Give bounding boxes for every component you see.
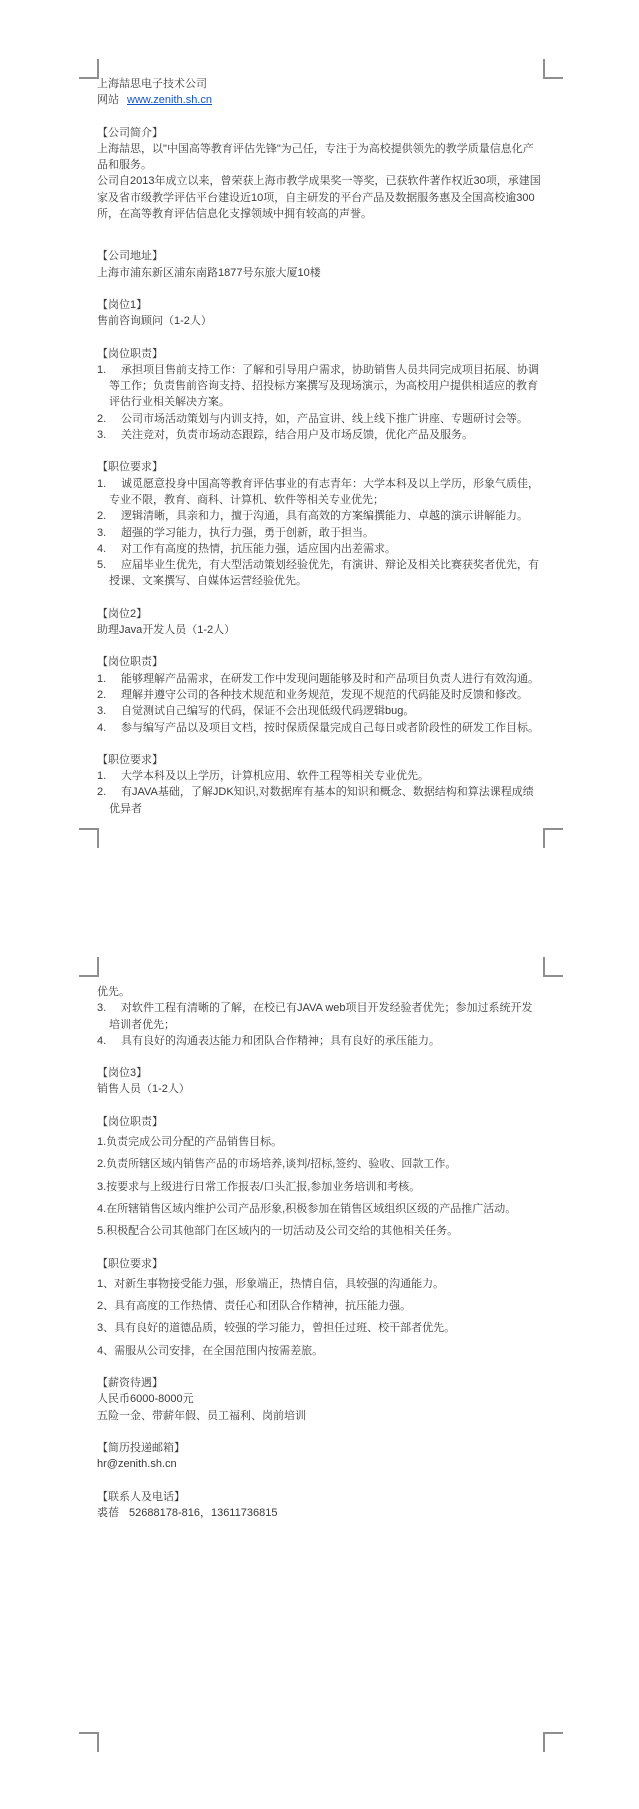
page2-bottom-right-crop-mark [543, 1732, 563, 1752]
list-item: 2.公司市场活动策划与内训支持，如，产品宣讲、线上线下推广讲座、专题研讨会等。 [97, 411, 543, 427]
list-item: 3.关注竞对，负责市场动态跟踪，结合用户及市场反馈，优化产品及服务。 [97, 427, 543, 443]
list-item: 4、需服从公司安排，在全国范围内按需差旅。 [97, 1343, 543, 1359]
salary-range: 人民币6000-8000元 [97, 1391, 543, 1407]
list-item-text: 应届毕业生优先，有大型活动策划经验优先，有演讲、辩论及相关比赛获奖者优先，有授课… [109, 559, 539, 587]
list-item-number: 3. [97, 427, 121, 443]
list-item-number: 4. [97, 541, 121, 557]
company-intro-heading: 【公司简介】 [97, 125, 543, 141]
list-item-text: 大学本科及以上学历，计算机应用、软件工程等相关专业优先。 [121, 770, 429, 782]
list-item: 3.对软件工程有清晰的了解，在校已有JAVA web项目开发经验者优先；参加过系… [97, 1000, 543, 1033]
list-item-text: 能够理解产品需求，在研发工作中发现问题能够及时和产品项目负责人进行有效沟通。 [121, 673, 539, 685]
list-item: 4.对工作有高度的热情，抗压能力强，适应国内出差需求。 [97, 541, 543, 557]
page1-top-right-crop-mark [543, 59, 563, 79]
list-item-number: 1. [97, 768, 121, 784]
list-item: 3.超强的学习能力，执行力强，勇于创新，敢于担当。 [97, 525, 543, 541]
list-item-number: 4. [97, 1033, 121, 1049]
list-item: 5.应届毕业生优先，有大型活动策划经验优先，有演讲、辩论及相关比赛获奖者优先，有… [97, 557, 543, 590]
job2-heading: 【岗位2】 [97, 606, 543, 622]
document-canvas: { "colors": { "text": "#3a3a3a", "link":… [0, 0, 639, 1809]
list-item-number: 2. [97, 508, 121, 524]
job3-responsibilities-list: 1.负责完成公司分配的产品销售目标。 2.负责所辖区域内销售产品的市场培养,谈判… [97, 1134, 543, 1239]
list-item: 3.自觉测试自己编写的代码，保证不会出现低级代码逻辑bug。 [97, 703, 543, 719]
list-item: 4.参与编写产品以及项目文档，按时保质保量完成自己每日或者阶段性的研发工作目标。 [97, 720, 543, 736]
list-item: 4.具有良好的沟通表达能力和团队合作精神；具有良好的承压能力。 [97, 1033, 543, 1049]
page2-top-left-crop-mark [79, 957, 99, 977]
list-item-number: 1. [97, 362, 121, 378]
page-1: 上海喆思电子技术公司 网站www.zenith.sh.cn 【公司简介】 上海喆… [97, 76, 543, 817]
list-item: 1.诚觅愿意投身中国高等教育评估事业的有志青年：大学本科及以上学历，形象气质佳，… [97, 476, 543, 509]
list-item: 3.按要求与上级进行日常工作报表/口头汇报,参加业务培训和考核。 [97, 1179, 543, 1195]
page1-bottom-right-crop-mark [543, 828, 563, 848]
list-item-text: 具有良好的沟通表达能力和团队合作精神；具有良好的承压能力。 [121, 1035, 440, 1047]
list-item-number: 1. [97, 671, 121, 687]
job1-title: 售前咨询顾问（1-2人） [97, 313, 543, 329]
list-item-number: 2. [97, 411, 121, 427]
list-item: 4.在所辖销售区域内维护公司产品形象,积极参加在销售区域组织区级的产品推广活动。 [97, 1201, 543, 1217]
contact-line: 裘蓓52688178-816，13611736815 [97, 1505, 543, 1521]
list-item-text: 对工作有高度的热情，抗压能力强，适应国内出差需求。 [121, 543, 396, 555]
job2-requirement-continuation: 优先。 [97, 984, 543, 1000]
resume-email: hr@zenith.sh.cn [97, 1456, 543, 1472]
list-item-text: 逻辑清晰，具亲和力，擅于沟通，具有高效的方案编撰能力、卓越的演示讲解能力。 [121, 510, 528, 522]
contact-heading: 【联系人及电话】 [97, 1489, 543, 1505]
list-item-number: 2. [97, 687, 121, 703]
job2-title: 助理Java开发人员（1-2人） [97, 622, 543, 638]
list-item-text: 承担项目售前支持工作：了解和引导用户需求，协助销售人员共同完成项目拓展、协调等工… [109, 364, 539, 409]
list-item-number: 2. [97, 784, 121, 800]
resume-email-heading: 【简历投递邮箱】 [97, 1440, 543, 1456]
job3-heading: 【岗位3】 [97, 1065, 543, 1081]
job2-responsibilities-heading: 【岗位职责】 [97, 654, 543, 670]
company-address-heading: 【公司地址】 [97, 248, 543, 264]
list-item-text: 诚觅愿意投身中国高等教育评估事业的有志青年：大学本科及以上学历，形象气质佳，专业… [109, 478, 539, 506]
job3-title: 销售人员（1-2人） [97, 1081, 543, 1097]
job1-heading: 【岗位1】 [97, 297, 543, 313]
salary-benefits: 五险一金、带薪年假、员工福利、岗前培训 [97, 1408, 543, 1424]
company-intro-paragraph-2: 公司自2013年成立以来，曾荣获上海市教学成果奖一等奖，已获软件著作权近30项，… [97, 173, 543, 222]
list-item-text: 理解并遵守公司的各种技术规范和业务规范，发现不规范的代码能及时反馈和修改。 [121, 689, 528, 701]
list-item-text: 自觉测试自己编写的代码，保证不会出现低级代码逻辑bug。 [121, 705, 414, 717]
job1-requirements-heading: 【职位要求】 [97, 459, 543, 475]
list-item: 1、对新生事物接受能力强，形象端正，热情自信，具较强的沟通能力。 [97, 1276, 543, 1292]
list-item-text: 关注竞对，负责市场动态跟踪，结合用户及市场反馈，优化产品及服务。 [121, 429, 473, 441]
list-item-number: 3. [97, 525, 121, 541]
job3-requirements-list: 1、对新生事物接受能力强，形象端正，热情自信，具较强的沟通能力。 2、具有高度的… [97, 1276, 543, 1359]
page2-bottom-left-crop-mark [79, 1732, 99, 1752]
list-item-number: 3. [97, 1000, 121, 1016]
list-item: 3、具有良好的道德品质，较强的学习能力，曾担任过班、校干部者优先。 [97, 1320, 543, 1336]
job3-requirements-heading: 【职位要求】 [97, 1256, 543, 1272]
page1-top-left-crop-mark [79, 59, 99, 79]
page1-bottom-left-crop-mark [79, 828, 99, 848]
website-link[interactable]: www.zenith.sh.cn [127, 94, 212, 106]
job1-responsibilities-heading: 【岗位职责】 [97, 346, 543, 362]
list-item: 2、具有高度的工作热情、责任心和团队合作精神，抗压能力强。 [97, 1298, 543, 1314]
list-item-number: 1. [97, 476, 121, 492]
list-item: 5.积极配合公司其他部门在区域内的一切活动及公司交给的其他相关任务。 [97, 1223, 543, 1239]
list-item: 2.有JAVA基础，了解JDK知识,对数据库有基本的知识和概念、数据结构和算法课… [97, 784, 543, 817]
list-item: 2.负责所辖区域内销售产品的市场培养,谈判/招标,签约、验收、回款工作。 [97, 1156, 543, 1172]
list-item-number: 5. [97, 557, 121, 573]
list-item-number: 4. [97, 720, 121, 736]
list-item: 1.能够理解产品需求，在研发工作中发现问题能够及时和产品项目负责人进行有效沟通。 [97, 671, 543, 687]
list-item: 1.承担项目售前支持工作：了解和引导用户需求，协助销售人员共同完成项目拓展、协调… [97, 362, 543, 411]
job3-responsibilities-heading: 【岗位职责】 [97, 1114, 543, 1130]
contact-phones: 52688178-816，13611736815 [129, 1507, 277, 1519]
page-2: 优先。 3.对软件工程有清晰的了解，在校已有JAVA web项目开发经验者优先；… [97, 984, 543, 1521]
list-item-number: 3. [97, 703, 121, 719]
contact-name: 裘蓓 [97, 1507, 119, 1519]
list-item-text: 参与编写产品以及项目文档，按时保质保量完成自己每日或者阶段性的研发工作目标。 [121, 722, 539, 734]
list-item: 2.理解并遵守公司的各种技术规范和业务规范，发现不规范的代码能及时反馈和修改。 [97, 687, 543, 703]
list-item-text: 公司市场活动策划与内训支持，如，产品宣讲、线上线下推广讲座、专题研讨会等。 [121, 413, 528, 425]
page2-top-right-crop-mark [543, 957, 563, 977]
company-intro-paragraph-1: 上海喆思，以"中国高等教育评估先锋"为己任，专注于为高校提供领先的教学质量信息化… [97, 141, 543, 174]
company-name: 上海喆思电子技术公司 [97, 76, 543, 92]
salary-heading: 【薪资待遇】 [97, 1375, 543, 1391]
list-item-text: 超强的学习能力，执行力强，勇于创新，敢于担当。 [121, 527, 374, 539]
list-item-text: 对软件工程有清晰的了解，在校已有JAVA web项目开发经验者优先；参加过系统开… [109, 1002, 533, 1030]
list-item-text: 有JAVA基础，了解JDK知识,对数据库有基本的知识和概念、数据结构和算法课程成… [109, 786, 534, 814]
list-item: 1.大学本科及以上学历，计算机应用、软件工程等相关专业优先。 [97, 768, 543, 784]
list-item: 2.逻辑清晰，具亲和力，擅于沟通，具有高效的方案编撰能力、卓越的演示讲解能力。 [97, 508, 543, 524]
list-item: 1.负责完成公司分配的产品销售目标。 [97, 1134, 543, 1150]
job2-requirements-heading: 【职位要求】 [97, 752, 543, 768]
website-line: 网站www.zenith.sh.cn [97, 92, 543, 108]
website-label: 网站 [97, 94, 119, 106]
company-address: 上海市浦东新区浦东南路1877号东旅大厦10楼 [97, 265, 543, 281]
